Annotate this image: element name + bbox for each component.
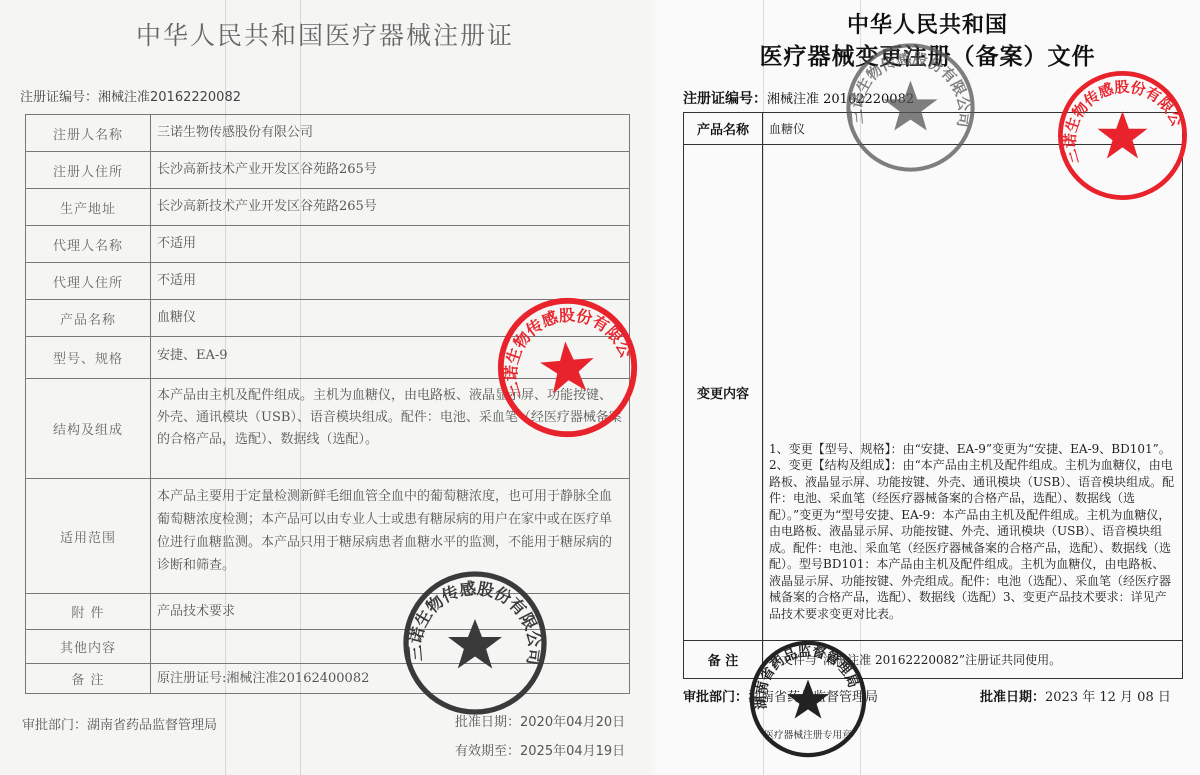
registration-number: 注册证编号：湘械注准20162220082 (20, 86, 241, 105)
valid-until: 有效期至：2025年04月19日 (455, 740, 625, 759)
table-row: 注册人名称三诺生物传感股份有限公司 (26, 115, 630, 152)
company-seal-gray: 三诺生物传感股份有限公司 (843, 40, 978, 175)
approval-department: 审批部门：湖南省药品监督管理局 (22, 714, 217, 733)
change-registration-document: 中华人民共和国 医疗器械变更注册（备案）文件 注册证编号：湘械注准 201622… (655, 0, 1200, 775)
company-seal-gray: 三诺生物传感股份有限公司 (400, 568, 550, 718)
company-seal-red: 三诺生物传感股份有限公司 (1055, 68, 1190, 203)
table-row: 代理人名称不适用 (26, 226, 630, 263)
authority-seal: 湖南省药品监督管理局 医疗器械注册专用章 (747, 638, 869, 760)
table-row: 生产地址长沙高新技术产业开发区谷苑路265号 (26, 189, 630, 226)
document-title-line1: 中华人民共和国 (655, 8, 1200, 39)
table-row: 代理人住所不适用 (26, 263, 630, 300)
svg-text:医疗器械注册专用章: 医疗器械注册专用章 (764, 728, 852, 741)
table-row: 变更内容 1、变更【型号、规格】：由“安捷、EA-9”变更为“安捷、EA-9、B… (684, 145, 1183, 641)
table-row: 注册人住所长沙高新技术产业开发区谷苑路265号 (26, 152, 630, 189)
approval-date: 批准日期：2023 年 12 月 08 日 (980, 686, 1171, 705)
registration-certificate: 中华人民共和国医疗器械注册证 注册证编号：湘械注准20162220082 注册人… (0, 0, 650, 775)
certificate-title: 中华人民共和国医疗器械注册证 (0, 16, 650, 52)
company-seal-red: 三诺生物传感股份有限公司 (495, 295, 640, 440)
